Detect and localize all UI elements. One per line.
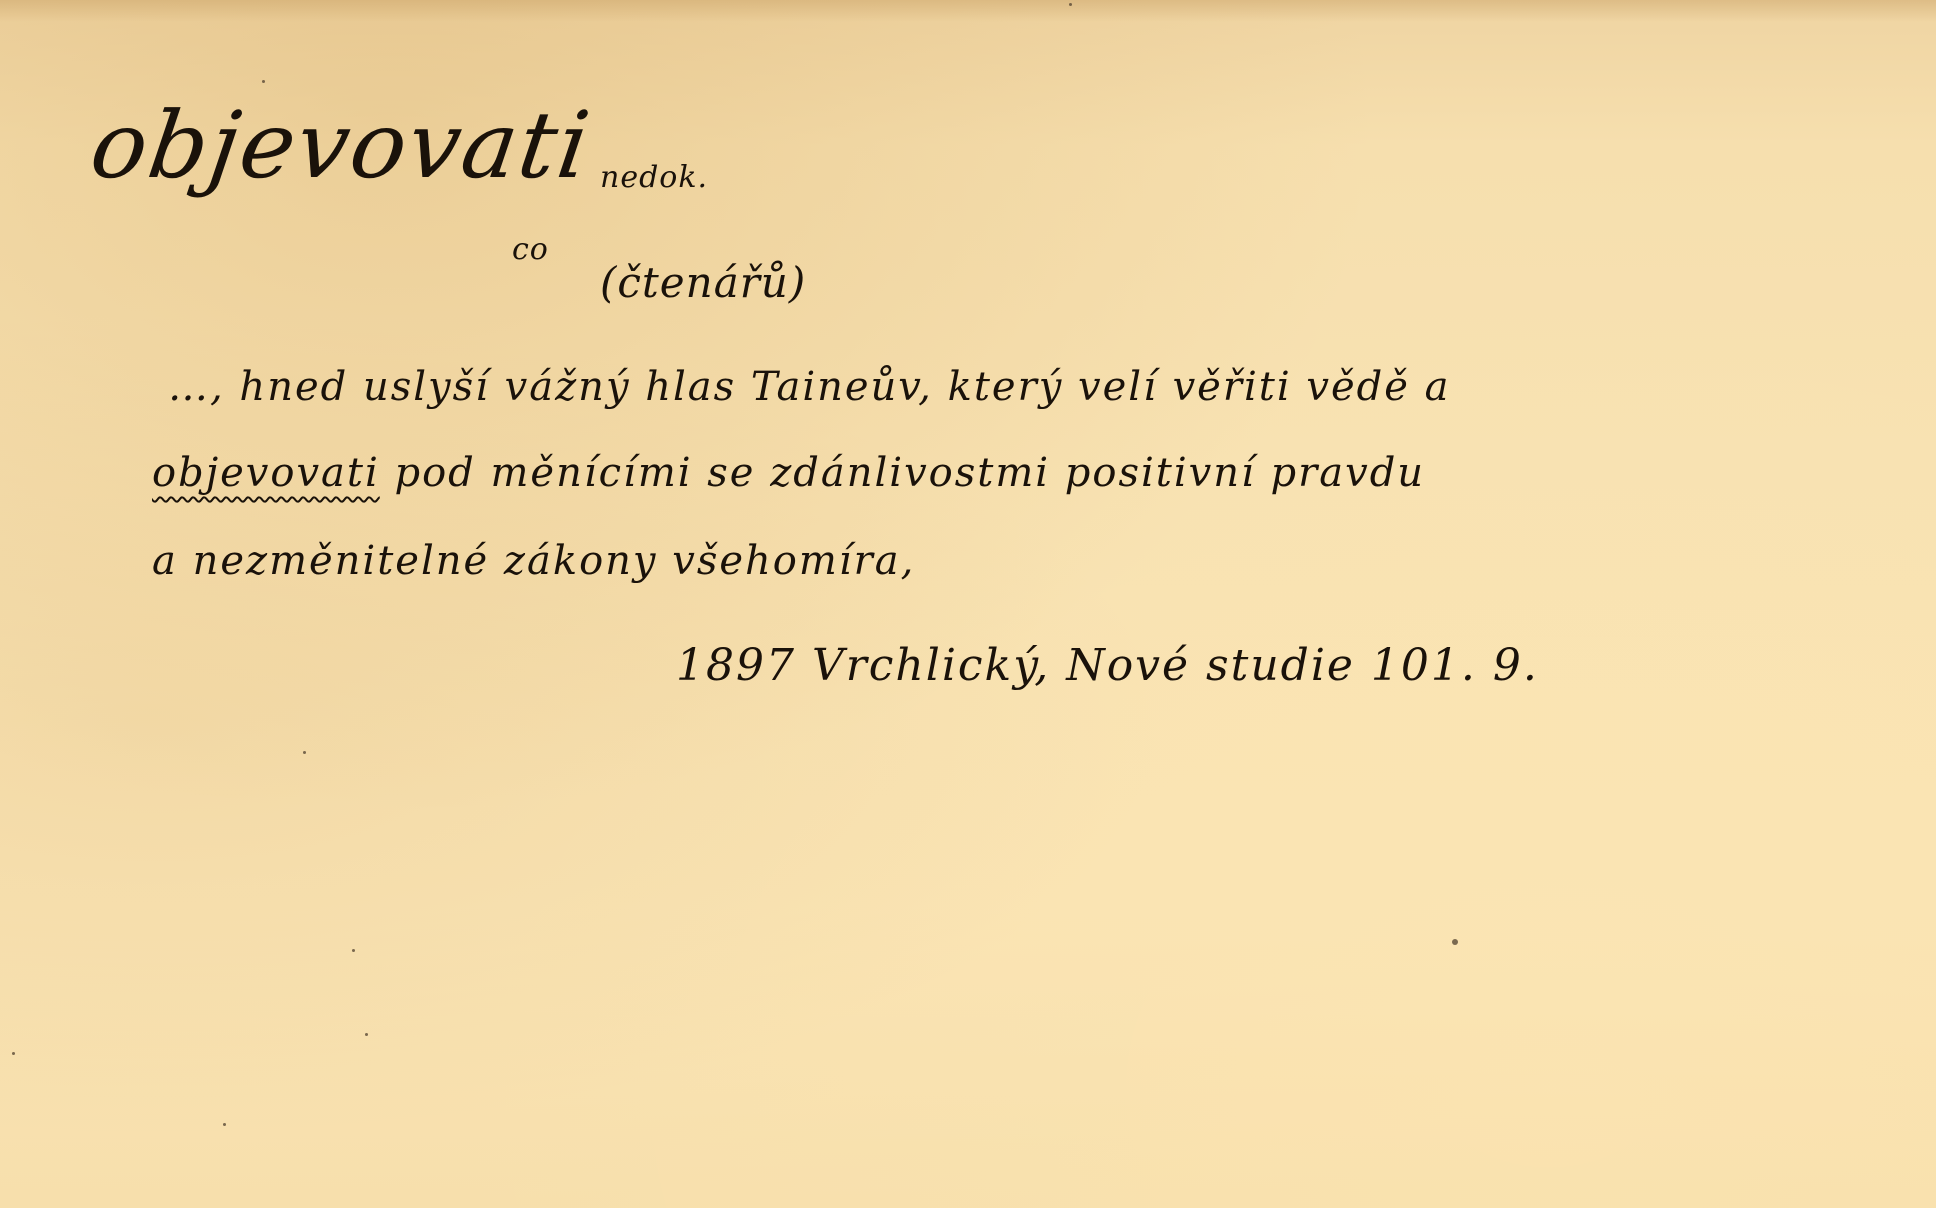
quote-line-1: …, hned uslyší vážný hlas Taineův, který… xyxy=(168,364,1450,410)
quote-headword-underlined: objevovati xyxy=(152,450,380,496)
quote-line-2-rest: pod měnícími se zdánlivostmi positivní p… xyxy=(380,450,1425,496)
paper-speck xyxy=(1452,939,1458,945)
paper-speck xyxy=(223,1123,226,1126)
source-citation: 1897 Vrchlický, Nové studie 101. 9. xyxy=(676,640,1539,691)
quote-line-3: a nezměnitelné zákony všehomíra, xyxy=(152,538,915,584)
object-label: co xyxy=(512,232,549,267)
paper-speck xyxy=(12,1052,15,1055)
quote-line-2: objevovati pod měnícími se zdánlivostmi … xyxy=(152,450,1425,496)
lexicographic-slip: objevovati nedok. co (čtenářů) …, hned u… xyxy=(0,0,1936,1208)
part-of-speech-label: nedok. xyxy=(600,160,708,195)
paper-speck xyxy=(303,751,306,754)
paper-speck xyxy=(1069,3,1072,6)
paper-edge-shading xyxy=(0,0,1936,22)
paper-speck xyxy=(365,1033,368,1036)
paper-speck xyxy=(352,949,355,952)
paper-speck xyxy=(262,80,265,83)
headword: objevovati xyxy=(84,92,597,199)
object-note: (čtenářů) xyxy=(600,258,806,307)
